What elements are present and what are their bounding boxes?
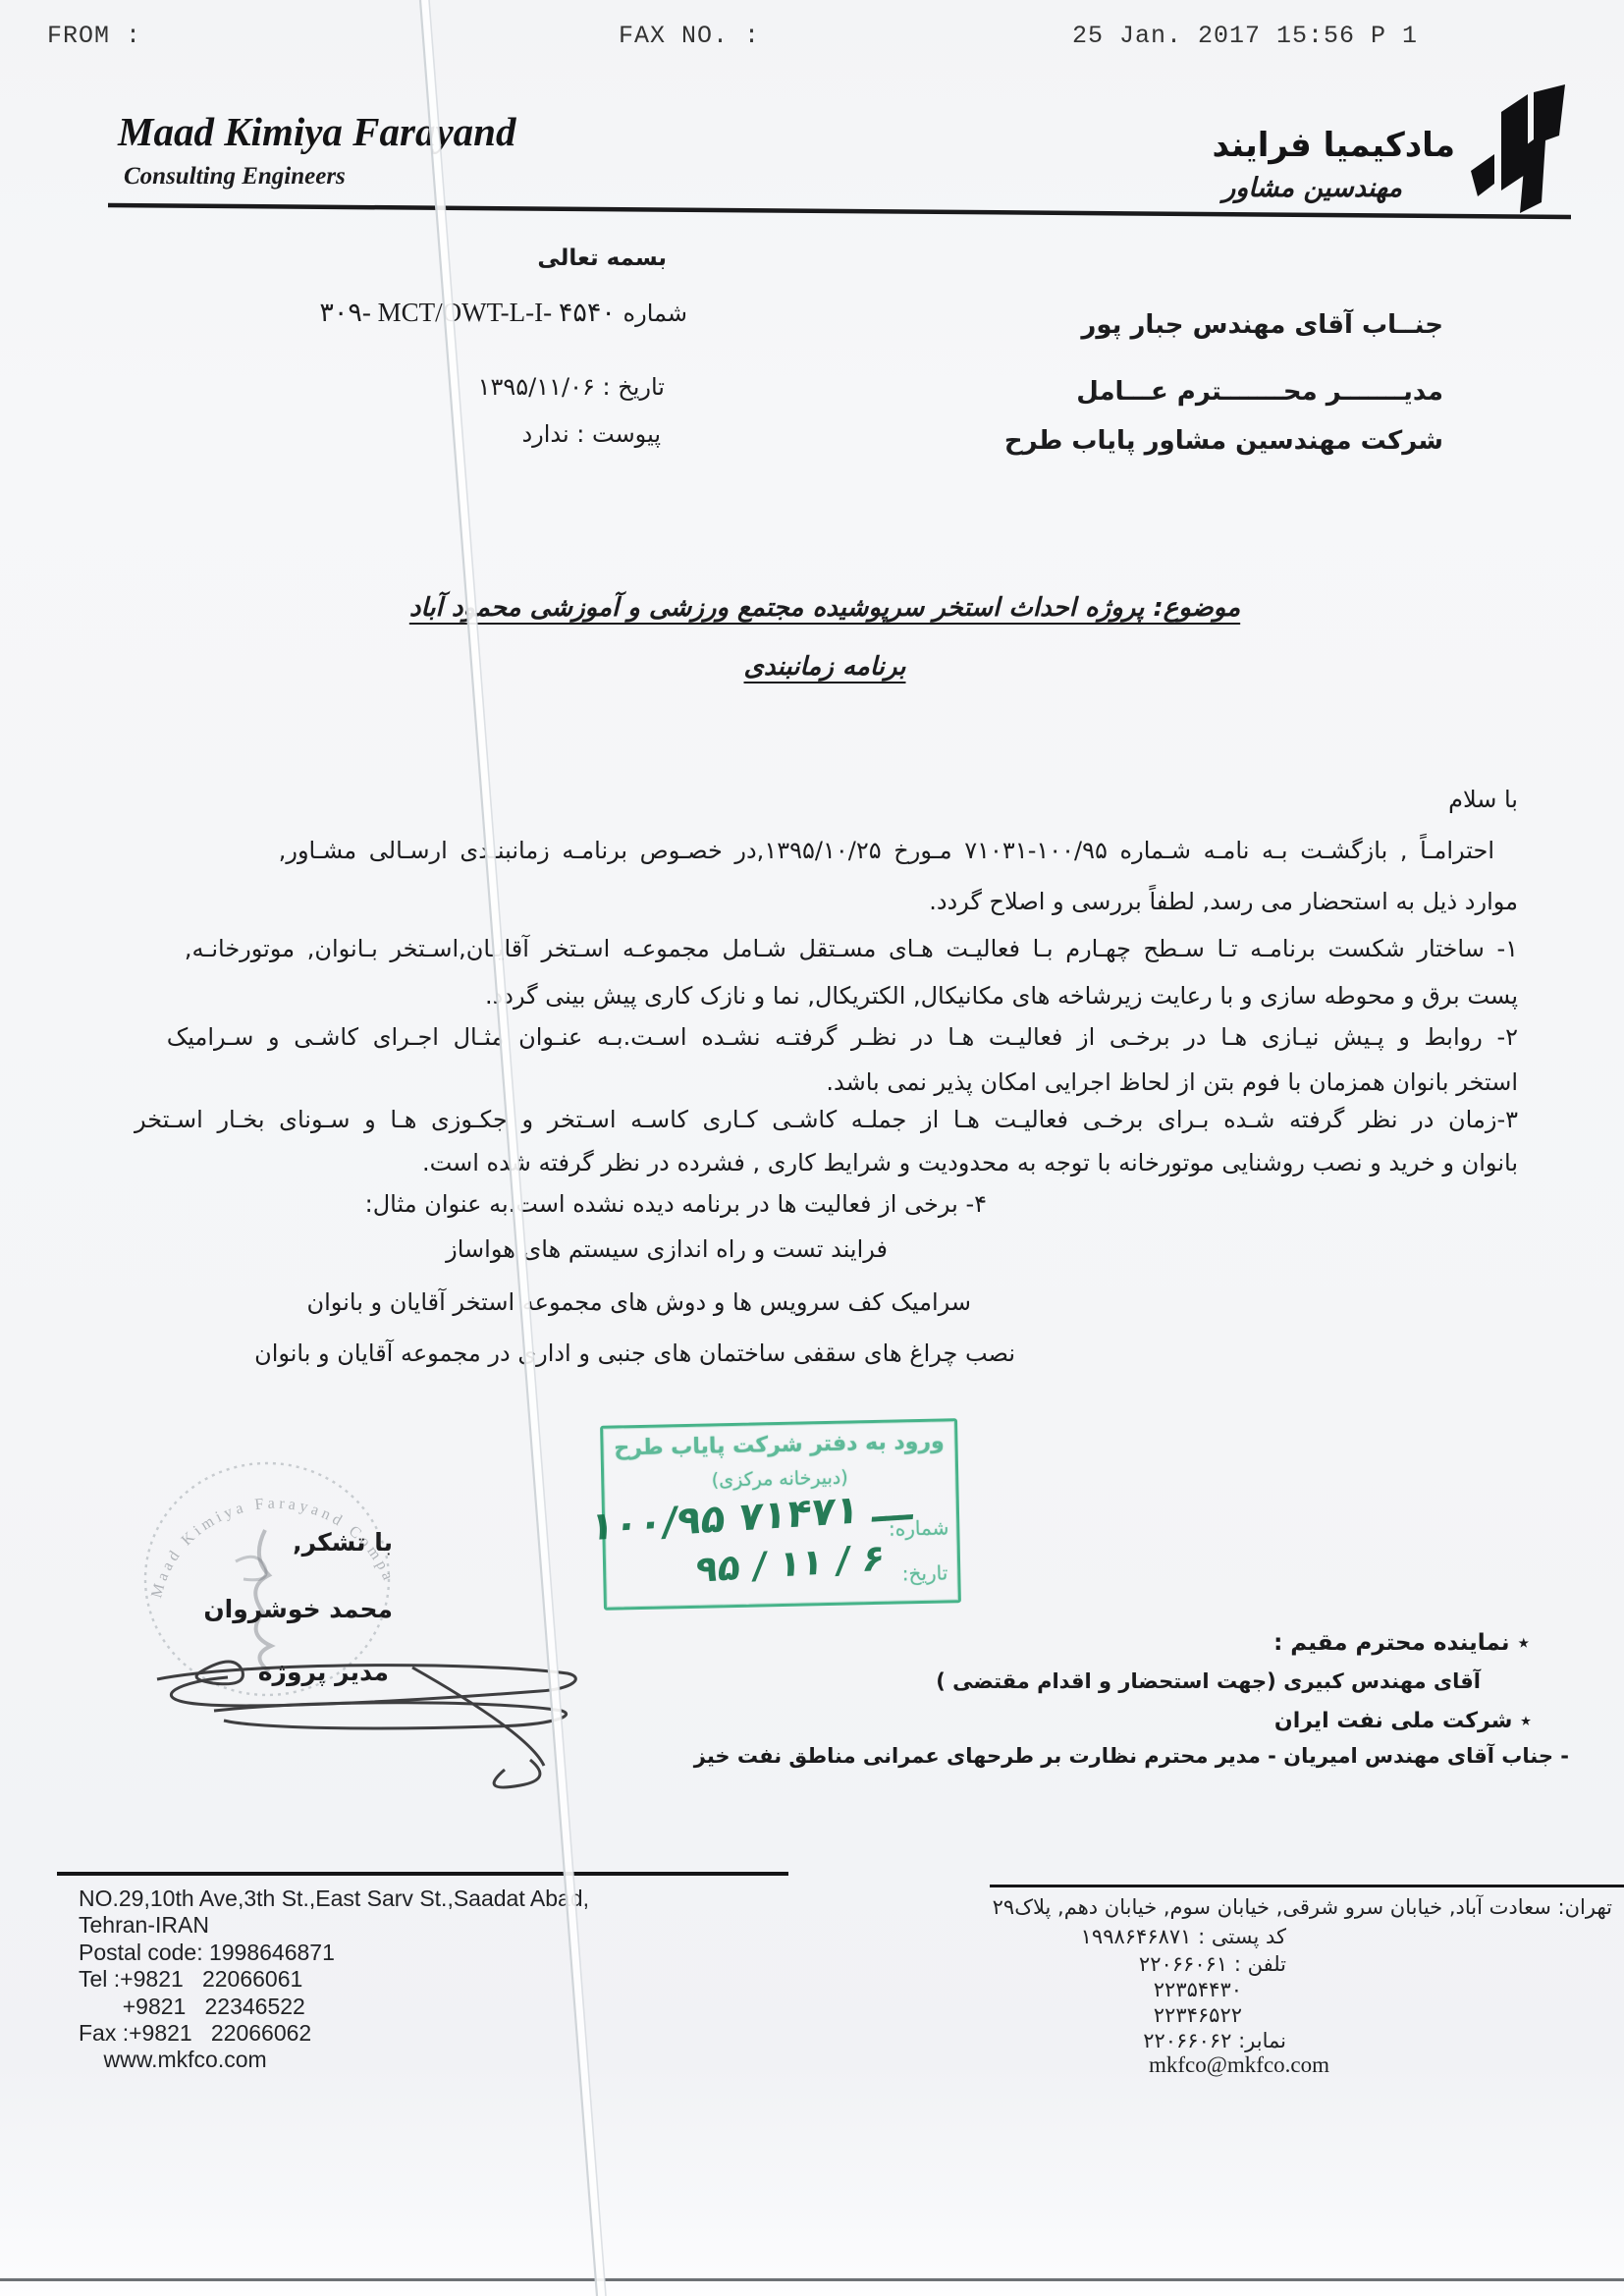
body-line-7: ۳-زمان در نظر گرفته شـده بـرای برخـی فعا…	[135, 1106, 1518, 1133]
attachment-line: پیوست : ندارد	[521, 420, 661, 448]
footer-divider-right	[990, 1885, 1624, 1887]
salutation: با سلام	[1448, 786, 1518, 813]
letter-number-line: شماره ۳۰۹- MCT/OWT-L-I- ۴۵۴۰	[319, 298, 687, 328]
invocation: بسمه تعالی	[537, 246, 667, 271]
body-example-1: فرایند تست و راه اندازی سیستم های هواساز	[446, 1235, 888, 1263]
footer-email: mkfco@mkfco.com	[1149, 2052, 1329, 2078]
cc-nioc-detail: - جناب آقای مهندس امیریان - مدیر محترم ن…	[694, 1744, 1569, 1768]
body-example-2: سرامیک کف سرویس ها و دوش های مجموعه استخ…	[307, 1288, 971, 1316]
receipt-stamp: ورود به دفتر شرکت پایاب طرح (دبیرخانه مر…	[600, 1418, 961, 1611]
signature-thanks: با تشکر,	[293, 1528, 393, 1557]
seal-arc-text: Maad Kimiya Farayand Company	[118, 1414, 398, 1600]
signature-title: مدیر پروژه	[258, 1658, 389, 1686]
footer-en-tel-2: +9821 22346522	[79, 1994, 305, 2020]
footer-en-address-1: NO.29,10th Ave,3th St.,East Sarv St.,Saa…	[79, 1886, 589, 1912]
footer-fa-tel-3: ۲۲۳۴۶۵۲۲	[1154, 2003, 1242, 2027]
body-line-1: احترامـاً , بازگشـت بـه نامـه شـماره ۱۰۰…	[279, 837, 1494, 864]
recipient-company: شرکت مهندسین مشاور پایاب طرح	[1004, 426, 1443, 456]
cc-resident-representative: ٭ نماینده محترم مقیم :	[1273, 1630, 1530, 1656]
footer-en-fax: Fax :+9821 22066062	[79, 2020, 311, 2047]
body-line-8: بانوان و خرید و نصب روشنایی موتورخانه با…	[422, 1149, 1518, 1176]
footer-fa-tel-1: تلفن : ۲۲۰۶۶۰۶۱	[1139, 1952, 1286, 1976]
footer-fa-postal-code: کد پستی : ۱۹۹۸۶۴۶۸۷۱	[1081, 1925, 1286, 1948]
footer-en-website: www.mkfco.com	[79, 2047, 267, 2073]
subject-line: موضوع: پروژه احداث استخر سرپوشیده مجتمع …	[334, 593, 1316, 623]
footer-en-tel-1: Tel :+9821 22066061	[79, 1966, 302, 1993]
footer-fa-tel-2: ۲۲۳۵۴۴۳۰	[1154, 1978, 1242, 2001]
body-line-5: ۲- روابط و پـیش نیـازی هـا در برخـی از ف…	[167, 1023, 1518, 1051]
cc-nioc: ٭ شرکت ملی نفت ایران	[1274, 1709, 1532, 1733]
stamp-date-label: تاریخ:	[901, 1560, 947, 1585]
letterhead-divider	[0, 0, 1624, 236]
letter-number-label: شماره	[623, 300, 687, 327]
cc-resident-representative-detail: آقای مهندس کبیری (جهت استحضار و اقدام مق…	[936, 1669, 1481, 1693]
footer-en-address-2: Tehran-IRAN	[79, 1912, 209, 1939]
subject-schedule-line: برنامه زمانبندی	[334, 652, 1316, 682]
body-example-3: نصب چراغ های سقفی ساختمان های جنبی و ادا…	[254, 1339, 1015, 1367]
body-line-6: استخر بانوان همزمان با فوم بتن از لحاظ ا…	[826, 1068, 1518, 1096]
page-bottom-rule	[0, 2278, 1624, 2281]
stamp-title: ورود به دفتر شرکت پایاب طرح	[603, 1429, 954, 1460]
body-line-3: ۱- ساختار شکست برنامـه تـا سـطح چهـارم ب…	[185, 935, 1518, 962]
svg-text:Maad Kimiya Farayand Company: Maad Kimiya Farayand Company	[118, 1414, 398, 1600]
recipient-title: مدیـــــــر محـــــــترم عـــامل	[1076, 377, 1443, 407]
footer-en-postal-code: Postal code: 1998646871	[79, 1940, 335, 1966]
body-line-9: ۴- برخی از فعالیت ها در برنامه دیده نشده…	[365, 1190, 987, 1218]
footer-fa-address: تهران: سعادت آباد, خیابان سرو شرقی, خیاب…	[993, 1895, 1612, 1919]
recipient-name: جنــاب آقای مهندس جبار پور	[1081, 310, 1443, 340]
stamp-date-handwriting: ۹۵ / ۱۱ / ۶	[694, 1537, 887, 1591]
body-line-2: موارد ذیل به استحضار می رسد, لطفاً بررسی…	[929, 888, 1518, 915]
letter-number-value: ۳۰۹- MCT/OWT-L-I- ۴۵۴۰	[319, 298, 615, 327]
body-line-4: پست برق و محوطه سازی و با رعایت زیرشاخه …	[485, 982, 1518, 1010]
letter-date-line: تاریخ : ۱۳۹۵/۱۱/۰۶	[478, 373, 665, 401]
footer-fa-fax: نمابر: ۲۲۰۶۶۰۶۲	[1143, 2029, 1286, 2052]
footer-divider-left	[57, 1872, 788, 1876]
signature-name: محمد خوشروان	[203, 1595, 393, 1623]
fax-document-page: FROM : FAX NO. : 25 Jan. 2017 15:56 P 1 …	[0, 0, 1624, 2296]
